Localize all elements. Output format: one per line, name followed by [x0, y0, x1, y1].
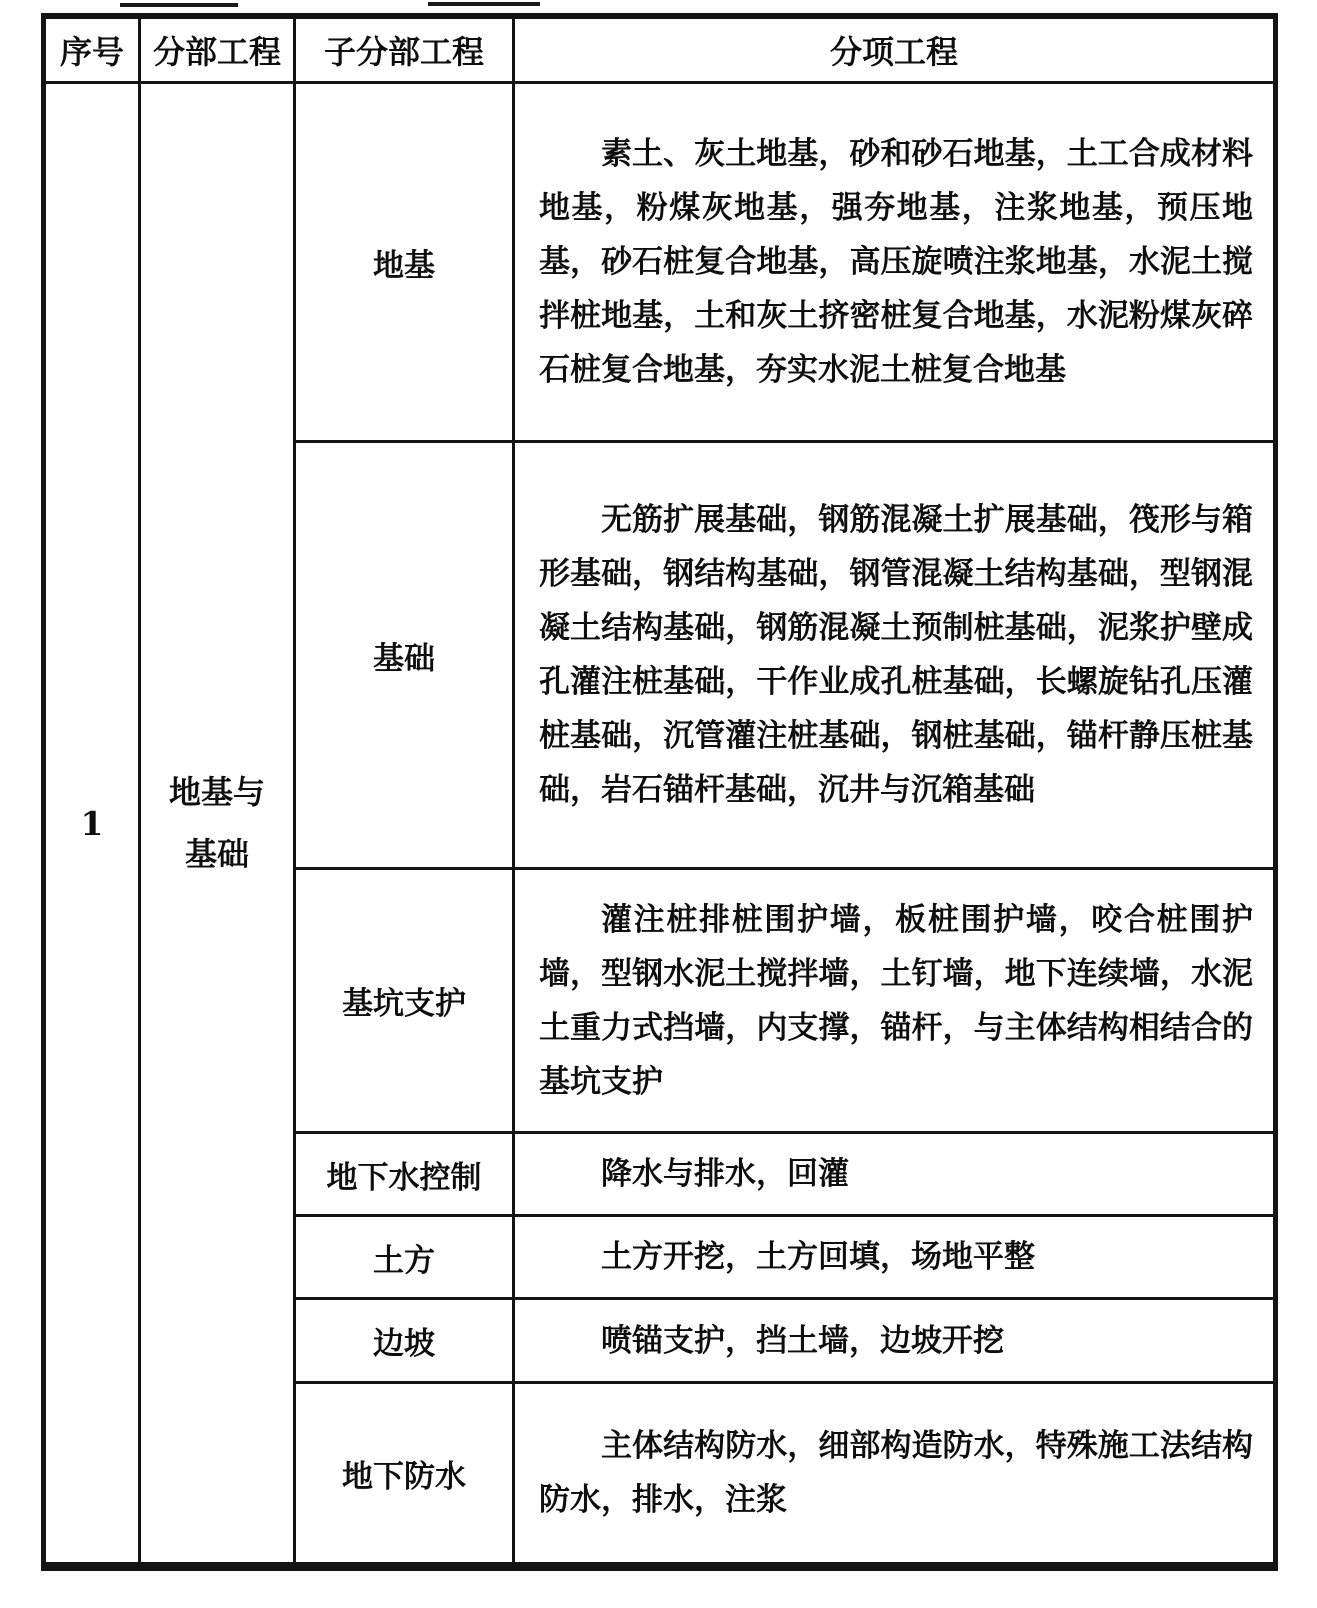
- scan-artifact: [428, 2, 540, 6]
- subdivision-cell-dixiafangshui: 地下防水: [295, 1383, 514, 1567]
- items-cell-bianpo: 喷锚支护，挡土墙，边坡开挖: [514, 1299, 1276, 1383]
- items-text: 主体结构防水，细部构造防水，特殊施工法结构防水，排水，注浆: [515, 1409, 1273, 1537]
- items-cell-jichu: 无筋扩展基础，钢筋混凝土扩展基础，筏形与箱形基础，钢结构基础，钢管混凝土结构基础…: [514, 442, 1276, 869]
- items-cell-diji: 素土、灰土地基，砂和砂石地基，土工合成材料地基，粉煤灰地基，强夯地基，注浆地基，…: [514, 83, 1276, 442]
- items-cell-tufang: 土方开挖，土方回填，场地平整: [514, 1216, 1276, 1299]
- header-items: 分项工程: [514, 16, 1276, 83]
- items-cell-dixiashuikongzhi: 降水与排水，回灌: [514, 1133, 1276, 1216]
- division-table: 序号 分部工程 子分部工程 分项工程 1 地基与 基础 地基 素土、灰土地基，砂…: [41, 13, 1278, 1571]
- items-text: 喷锚支护，挡土墙，边坡开挖: [515, 1304, 1273, 1378]
- header-subdivision: 子分部工程: [295, 16, 514, 83]
- subdivision-cell-dixiashuikongzhi: 地下水控制: [295, 1133, 514, 1216]
- scanned-page: 序号 分部工程 子分部工程 分项工程 1 地基与 基础 地基 素土、灰土地基，砂…: [0, 0, 1317, 1608]
- scan-artifact: [120, 3, 238, 7]
- header-division: 分部工程: [140, 16, 295, 83]
- subdivision-cell-diji: 地基: [295, 83, 514, 442]
- subdivision-cell-jikengzhihu: 基坑支护: [295, 869, 514, 1133]
- header-seq: 序号: [44, 16, 140, 83]
- items-cell-jikengzhihu: 灌注桩排桩围护墙，板桩围护墙，咬合桩围护墙，型钢水泥土搅拌墙，土钉墙，地下连续墙…: [514, 869, 1276, 1133]
- items-cell-dixiafangshui: 主体结构防水，细部构造防水，特殊施工法结构防水，排水，注浆: [514, 1383, 1276, 1567]
- subdivision-cell-bianpo: 边坡: [295, 1299, 514, 1383]
- items-text: 素土、灰土地基，砂和砂石地基，土工合成材料地基，粉煤灰地基，强夯地基，注浆地基，…: [515, 117, 1273, 407]
- items-text: 土方开挖，土方回填，场地平整: [515, 1220, 1273, 1294]
- header-row: 序号 分部工程 子分部工程 分项工程: [44, 16, 1276, 83]
- items-text: 灌注桩排桩围护墙，板桩围护墙，咬合桩围护墙，型钢水泥土搅拌墙，土钉墙，地下连续墙…: [515, 883, 1273, 1119]
- table-row-foundation-ground: 1 地基与 基础 地基 素土、灰土地基，砂和砂石地基，土工合成材料地基，粉煤灰地…: [44, 83, 1276, 442]
- subdivision-cell-tufang: 土方: [295, 1216, 514, 1299]
- seq-cell: 1: [44, 83, 140, 1567]
- items-text: 降水与排水，回灌: [515, 1137, 1273, 1211]
- subdivision-cell-jichu: 基础: [295, 442, 514, 869]
- division-cell: 地基与 基础: [140, 83, 295, 1567]
- items-text: 无筋扩展基础，钢筋混凝土扩展基础，筏形与箱形基础，钢结构基础，钢管混凝土结构基础…: [515, 483, 1273, 827]
